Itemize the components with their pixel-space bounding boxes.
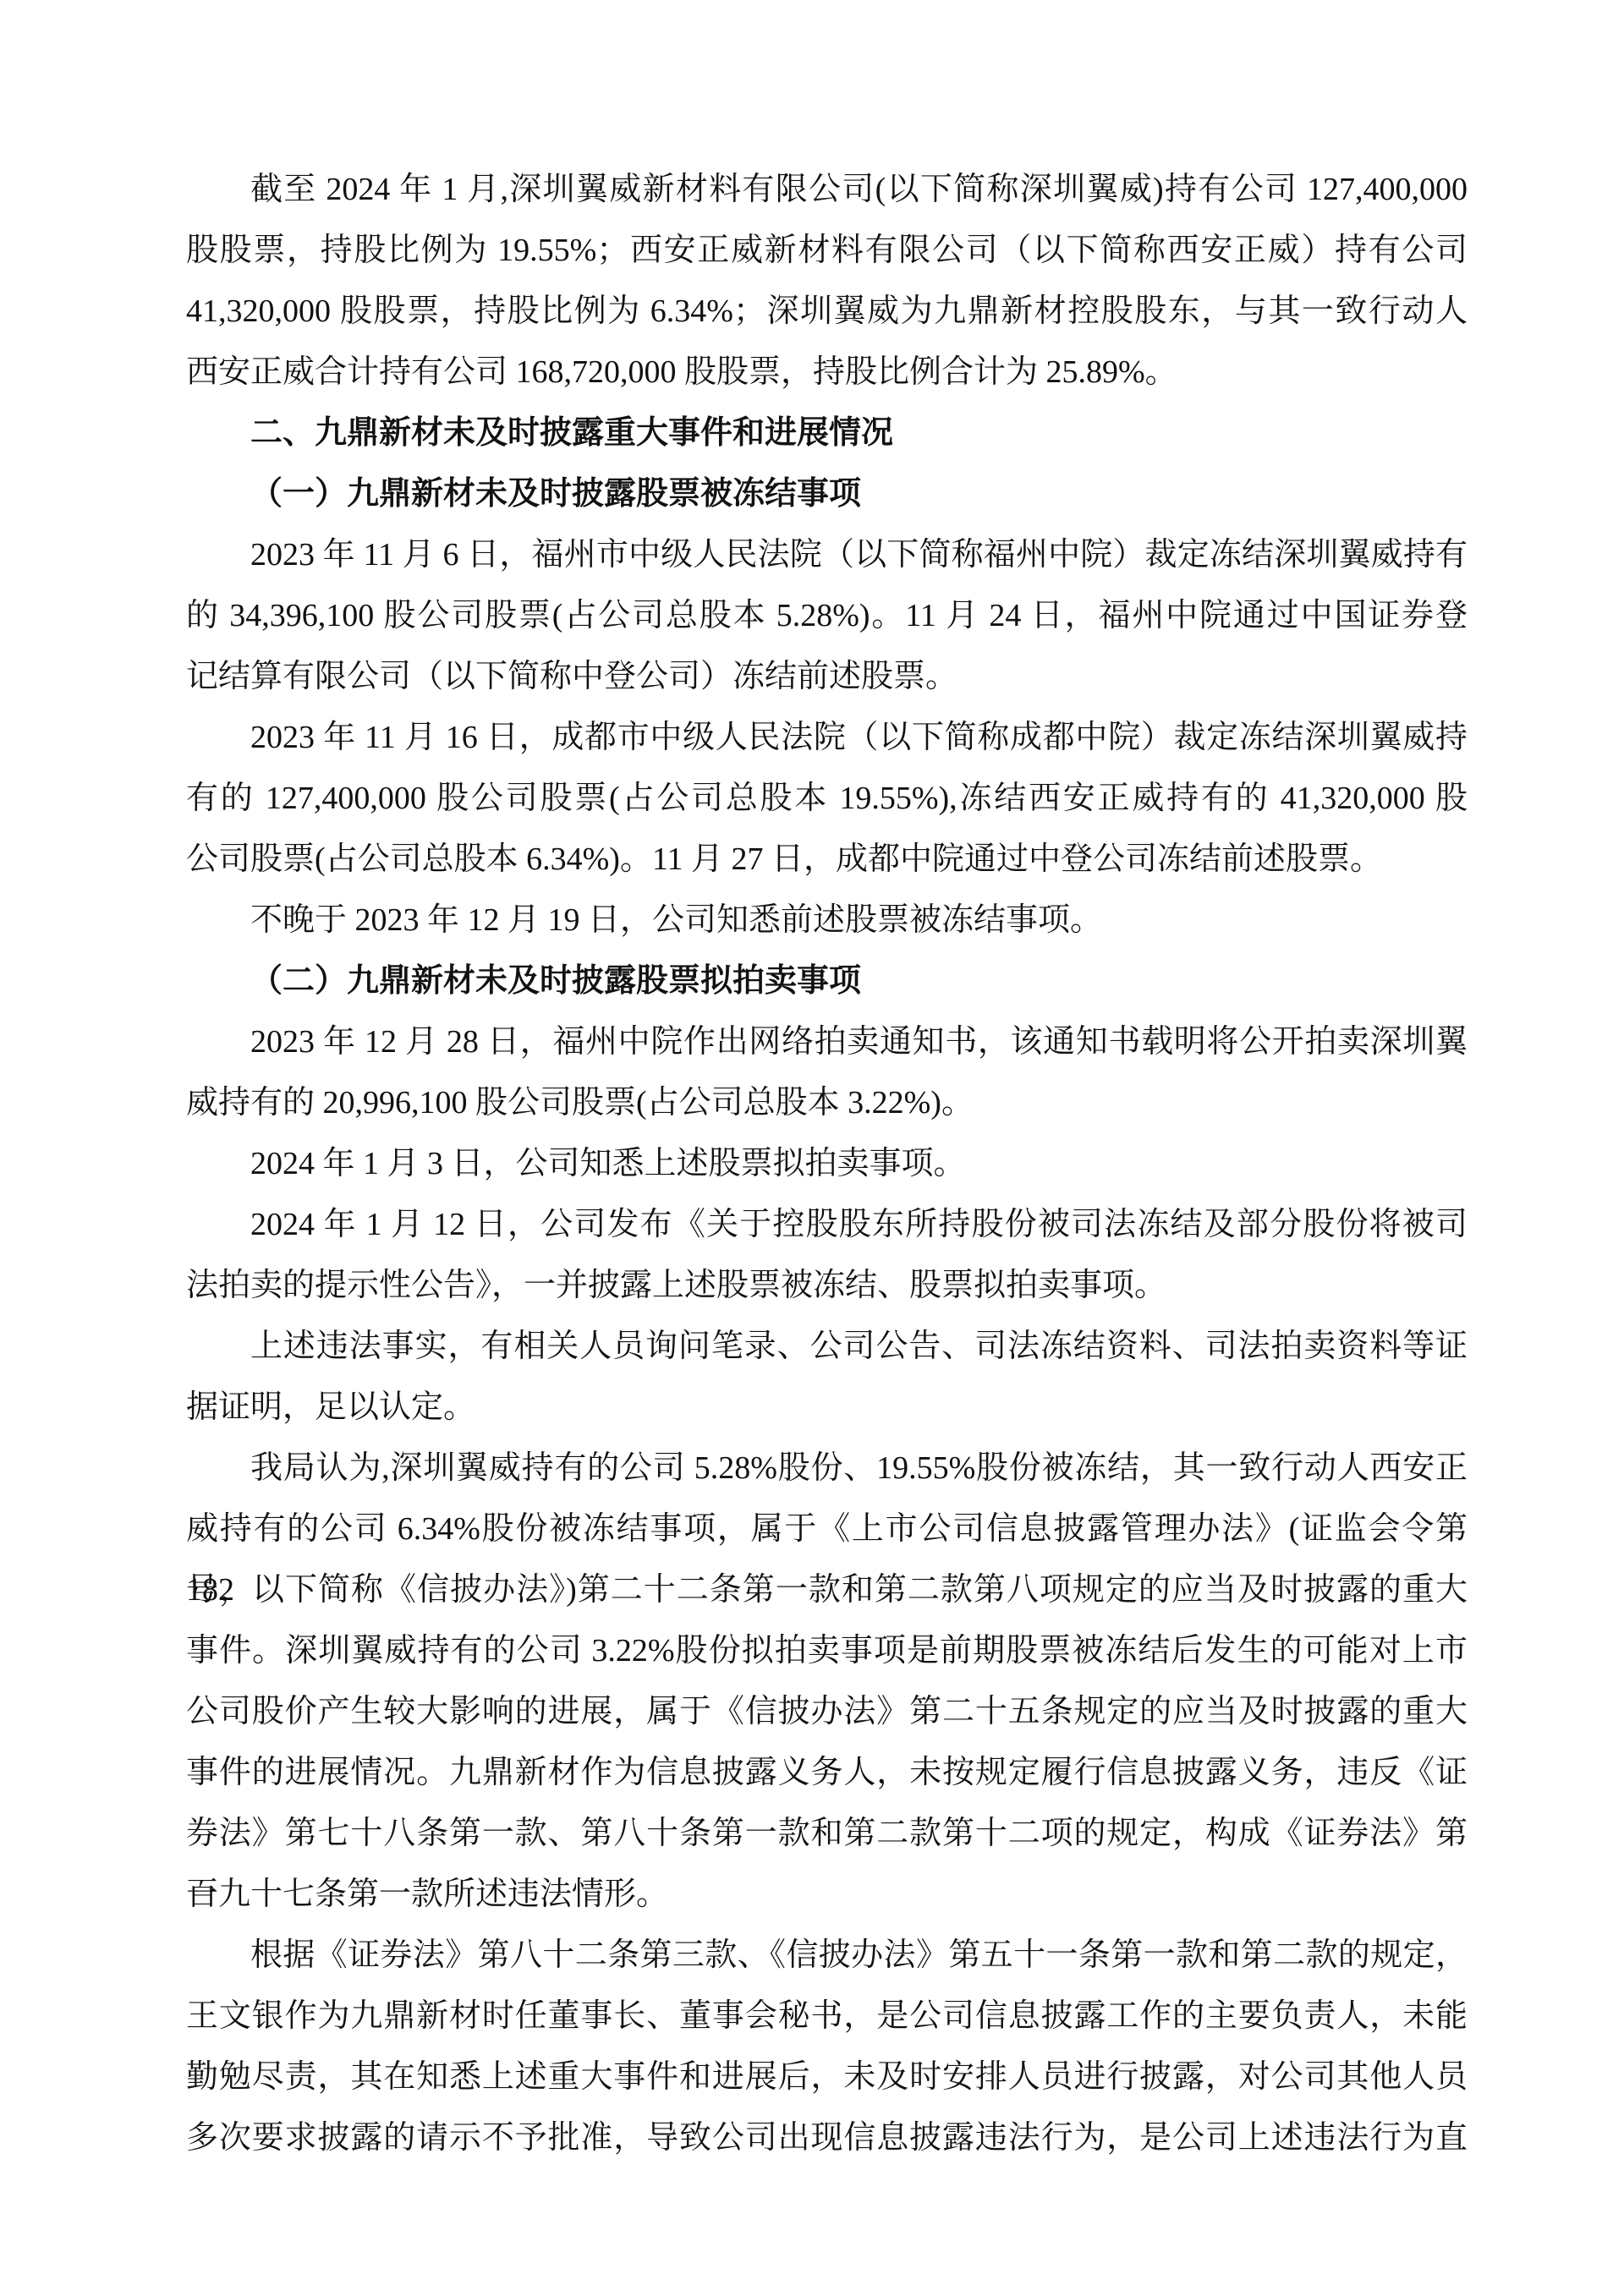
text-line: 公司股票(占公司总股本 6.34%)。11 月 27 日，成都中院通过中登公司冻… bbox=[186, 829, 1468, 890]
section-heading: （一）九鼎新材未及时披露股票被冻结事项 bbox=[186, 463, 1468, 524]
text-line: 2024 年 1 月 3 日，公司知悉上述股票拟拍卖事项。 bbox=[186, 1133, 1468, 1194]
text-line: 百九十七条第一款所述违法情形。 bbox=[186, 1864, 1468, 1925]
text-line: 截至 2024 年 1 月,深圳翼威新材料有限公司(以下简称深圳翼威)持有公司 … bbox=[186, 159, 1468, 220]
text-line: 有的 127,400,000 股公司股票(占公司总股本 19.55%),冻结西安… bbox=[186, 768, 1468, 829]
text-line: 威持有的 20,996,100 股公司股票(占公司总股本 3.22%)。 bbox=[186, 1072, 1468, 1133]
text-column: 截至 2024 年 1 月,深圳翼威新材料有限公司(以下简称深圳翼威)持有公司 … bbox=[186, 159, 1468, 2168]
text-line: 据证明，足以认定。 bbox=[186, 1377, 1468, 1438]
text-line: 王文银作为九鼎新材时任董事长、董事会秘书，是公司信息披露工作的主要负责人，未能 bbox=[186, 1986, 1468, 2047]
text-line: 威持有的公司 6.34%股份被冻结事项，属于《上市公司信息披露管理办法》(证监会… bbox=[186, 1499, 1468, 1559]
text-line: 法拍卖的提示性公告》，一并披露上述股票被冻结、股票拟拍卖事项。 bbox=[186, 1255, 1468, 1316]
text-line: 记结算有限公司（以下简称中登公司）冻结前述股票。 bbox=[186, 646, 1468, 707]
text-line: 券法》第七十八条第一款、第八十条第一款和第二款第十二项的规定，构成《证券法》第一 bbox=[186, 1803, 1468, 1864]
text-line: 公司股价产生较大影响的进展，属于《信披办法》第二十五条规定的应当及时披露的重大 bbox=[186, 1681, 1468, 1742]
text-line: 41,320,000 股股票，持股比例为 6.34%；深圳翼威为九鼎新材控股股东… bbox=[186, 281, 1468, 342]
text-line: 上述违法事实，有相关人员询问笔录、公司公告、司法冻结资料、司法拍卖资料等证 bbox=[186, 1316, 1468, 1377]
text-line: 事件的进展情况。九鼎新材作为信息披露义务人，未按规定履行信息披露义务，违反《证 bbox=[186, 1742, 1468, 1803]
section-heading: （二）九鼎新材未及时披露股票拟拍卖事项 bbox=[186, 951, 1468, 1011]
text-line: 股股票，持股比例为 19.55%；西安正威新材料有限公司（以下简称西安正威）持有… bbox=[186, 220, 1468, 281]
text-line: 多次要求披露的请示不予批准，导致公司出现信息披露违法行为，是公司上述违法行为直 bbox=[186, 2107, 1468, 2168]
text-line: 勤勉尽责，其在知悉上述重大事件和进展后，未及时安排人员进行披露，对公司其他人员 bbox=[186, 2047, 1468, 2107]
section-heading: 二、九鼎新材未及时披露重大事件和进展情况 bbox=[186, 403, 1468, 463]
text-line: 号，以下简称《信披办法》)第二十二条第一款和第二款第八项规定的应当及时披露的重大 bbox=[186, 1559, 1468, 1620]
document-page: 截至 2024 年 1 月,深圳翼威新材料有限公司(以下简称深圳翼威)持有公司 … bbox=[0, 0, 1624, 2296]
text-line: 2023 年 11 月 16 日，成都市中级人民法院（以下简称成都中院）裁定冻结… bbox=[186, 707, 1468, 768]
text-line: 事件。深圳翼威持有的公司 3.22%股份拟拍卖事项是前期股票被冻结后发生的可能对… bbox=[186, 1620, 1468, 1681]
text-line: 根据《证券法》第八十二条第三款、《信披办法》第五十一条第一款和第二款的规定， bbox=[186, 1925, 1468, 1986]
text-line: 2023 年 11 月 6 日，福州市中级人民法院（以下简称福州中院）裁定冻结深… bbox=[186, 524, 1468, 585]
text-line: 的 34,396,100 股公司股票(占公司总股本 5.28%)。11 月 24… bbox=[186, 585, 1468, 646]
text-line: 西安正威合计持有公司 168,720,000 股股票，持股比例合计为 25.89… bbox=[186, 342, 1468, 403]
text-line: 我局认为,深圳翼威持有的公司 5.28%股份、19.55%股份被冻结，其一致行动… bbox=[186, 1438, 1468, 1499]
text-line: 不晚于 2023 年 12 月 19 日，公司知悉前述股票被冻结事项。 bbox=[186, 890, 1468, 951]
text-line: 2024 年 1 月 12 日，公司发布《关于控股股东所持股份被司法冻结及部分股… bbox=[186, 1194, 1468, 1255]
text-line: 2023 年 12 月 28 日，福州中院作出网络拍卖通知书，该通知书载明将公开… bbox=[186, 1011, 1468, 1072]
